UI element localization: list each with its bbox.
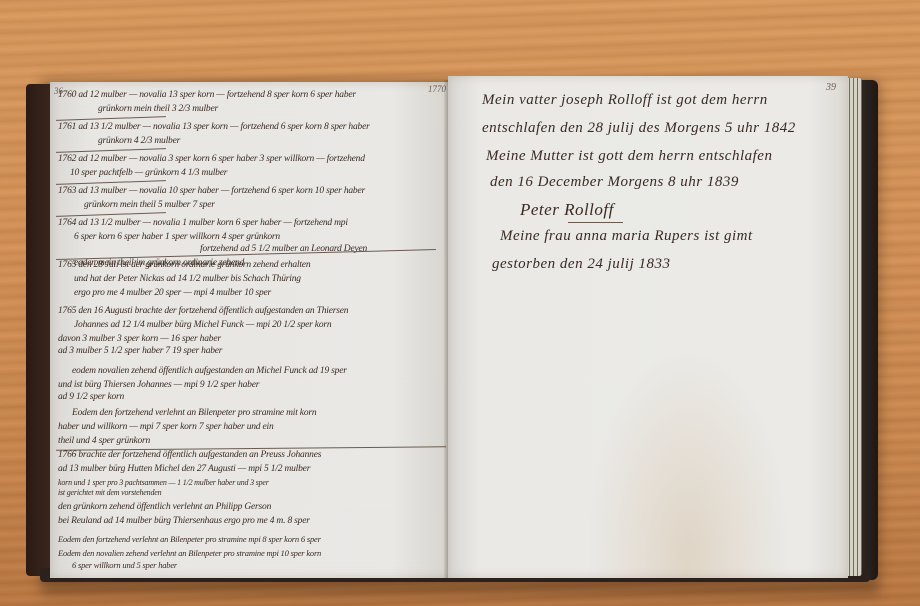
ledger-line: den grünkorn zehend öffentlich verlehnt … <box>58 502 271 512</box>
ledger-line: davon 3 mulber 3 sper korn — 16 sper hab… <box>58 334 221 344</box>
ledger-line: Eodem den novalien zehend verlehnt an Bi… <box>58 548 321 558</box>
entry-line: entschlafen den 28 julij des Morgens 5 u… <box>482 120 796 137</box>
ledger-line: Johannes ad 12 1/4 mulber bürg Michel Fu… <box>74 320 331 330</box>
divider-line <box>56 180 166 185</box>
divider-line <box>56 212 166 217</box>
ledger-line: 1765 den 16 Augusti brachte der fortzehe… <box>58 306 348 316</box>
ledger-line: bei Reuland ad 14 mulber bürg Thiersenha… <box>58 516 310 526</box>
divider-line <box>56 148 166 153</box>
entry-line: Meine frau anna maria Rupers ist gimt <box>500 228 753 245</box>
ledger-line: ad 3 mulber 5 1/2 sper haber 7 19 sper h… <box>58 346 222 356</box>
ledger-line: und ist bürg Thiersen Johannes — mpi 9 1… <box>58 380 259 390</box>
right-page-number: 39 <box>826 82 836 93</box>
divider-line <box>56 116 166 121</box>
signature: Peter Rolloff <box>520 200 614 220</box>
signature-flourish <box>568 222 623 223</box>
entry-line: gestorben den 24 julij 1833 <box>492 256 671 273</box>
ledger-line: 1766 brachte der fortzehend öffentlich a… <box>58 450 321 460</box>
ledger-line: grünkorn 4 2/3 mulber <box>98 136 180 146</box>
entry-line: Meine Mutter ist gott dem herrn entschla… <box>486 148 772 165</box>
ledger-line: 1760 ad 12 mulber — novalia 13 sper korn… <box>58 90 356 100</box>
ledger-line: 6 sper korn 6 sper haber 1 sper willkorn… <box>74 232 280 242</box>
ledger-line: Eodem den fortzehend verlehnt an Bilenpe… <box>72 408 316 418</box>
ledger-line: eodem novalien zehend öffentlich aufgest… <box>72 366 347 376</box>
ledger-line: ist gerichtet mit dem vorstehenden <box>58 488 161 497</box>
ledger-line: 10 sper pachtfelb — grünkorn 4 1/3 mulbe… <box>70 168 227 178</box>
entry-line: Mein vatter joseph Rolloff ist got dem h… <box>482 92 768 109</box>
ledger-line: 1762 ad 12 mulber — novalia 3 sper korn … <box>58 154 365 164</box>
ledger-line: grünkorn mein theil 3 2/3 mulber <box>98 104 218 114</box>
ledger-line: Eodem den fortzehend verlehnt an Bilenpe… <box>58 534 321 544</box>
ledger-line: 6 sper willkorn und 5 sper haber <box>72 560 177 570</box>
left-page: 36 1770 1760 ad 12 mulber — novalia 13 s… <box>50 82 452 578</box>
ledger-line: ergo pro me 4 mulber 20 sper — mpi 4 mul… <box>74 288 271 298</box>
ledger-line: haber und willkorn — mpi 7 sper korn 7 s… <box>58 422 274 432</box>
ledger-line: grünkorn mein theil 5 mulber 7 sper <box>84 200 215 210</box>
ledger-line: 1764 ad 13 1/2 mulber — novalia 1 mulber… <box>58 218 348 228</box>
ledger-line: theil und 4 sper grünkorn <box>58 436 150 446</box>
ledger-line: 1765 den 28 Juli ist der grünkorn ordina… <box>58 260 310 270</box>
entry-line: den 16 December Morgens 8 uhr 1839 <box>490 174 739 191</box>
ledger-line: ad 13 mulber bürg Hutten Michel den 27 A… <box>58 464 310 474</box>
ledger-line: 1761 ad 13 1/2 mulber — novalia 13 sper … <box>58 122 370 132</box>
ledger-line: ad 9 1/2 sper korn <box>58 392 124 402</box>
ledger-line: und hat der Peter Nickas ad 14 1/2 mulbe… <box>74 274 301 284</box>
right-page: 39 Mein vatter joseph Rolloff ist got de… <box>448 76 848 578</box>
ledger-line: korn und 1 sper pro 3 pachtsammen — 1 1/… <box>58 478 269 487</box>
ledger-line: 1763 ad 13 mulber — novalia 10 sper habe… <box>58 186 365 196</box>
